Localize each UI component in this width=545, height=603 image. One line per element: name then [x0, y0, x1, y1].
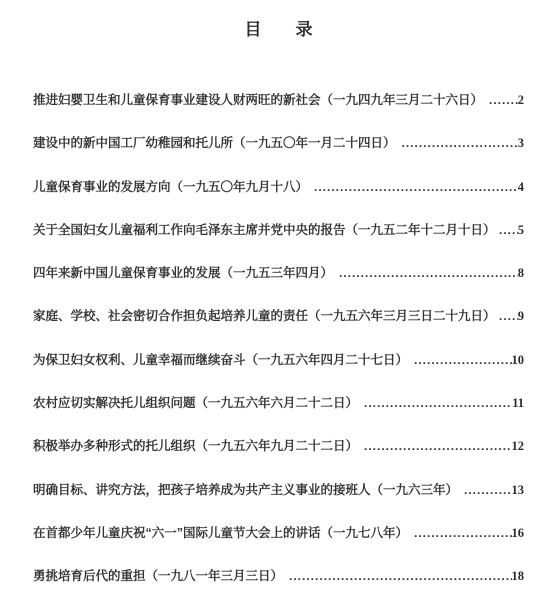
toc-entry-label: 建设中的新中国工厂幼稚园和托儿所（一九五〇年一月二十四日） [33, 133, 396, 151]
dot-leader: ........................................… [364, 396, 512, 410]
toc-document-page: 目 录 推进妇婴卫生和儿童保育事业建设人财两旺的新社会（一九四九年三月二十六日）… [0, 0, 545, 603]
toc-entry[interactable]: 家庭、学校、社会密切合作担负起培养儿童的责任（一九五六年三月三日二十九日） ..… [33, 306, 524, 326]
toc-entry[interactable]: 建设中的新中国工厂幼稚园和托儿所（一九五〇年一月二十四日） ..........… [33, 133, 524, 153]
toc-entry-page: 11 [512, 396, 524, 411]
toc-entry-label: 明确目标、讲究方法，把孩子培养成为共产主义事业的接班人（一九六三年） [33, 480, 458, 498]
dot-leader: ........................................… [499, 223, 518, 237]
toc-entry-page: 9 [518, 309, 524, 324]
toc-entry[interactable]: 积极举办多种形式的托儿组织（一九五六年九月二十二日） .............… [33, 436, 524, 456]
toc-entry-label: 勇挑培育后代的重担（一九八一年三月三日） [33, 566, 283, 584]
toc-entry[interactable]: 勇挑培育后代的重担（一九八一年三月三日） ...................… [33, 566, 524, 586]
toc-entry-page: 13 [512, 483, 525, 498]
toc-entry-page: 8 [518, 266, 524, 281]
dot-leader: ........................................… [414, 353, 511, 367]
toc-entry[interactable]: 为保卫妇女权利、儿童幸福而继续奋斗（一九五六年四月二十七日） .........… [33, 350, 524, 370]
toc-entry-label: 积极举办多种形式的托儿组织（一九五六年九月二十二日） [33, 436, 358, 454]
page-title: 目 录 [33, 20, 524, 40]
dot-leader: ........................................… [289, 569, 511, 583]
toc-entry-page: 4 [518, 180, 524, 195]
toc-entry-page: 10 [512, 353, 525, 368]
toc-entry-label: 关于全国妇女儿童福利工作向毛泽东主席并党中央的报告（一九五二年十二月十日） [33, 220, 493, 238]
toc-entry-label: 在首都少年儿童庆祝“六一”国际儿童节大会上的讲话（一九七八年） [33, 523, 408, 541]
toc-entry-page: 3 [518, 136, 524, 151]
toc-entry-label: 四年来新中国儿童保育事业的发展（一九五三年四月） [33, 263, 333, 281]
dot-leader: ........................................… [464, 483, 511, 497]
toc-entry[interactable]: 农村应切实解决托儿组织问题（一九五六年六月二十二日） .............… [33, 393, 524, 413]
toc-entry-label: 儿童保育事业的发展方向（一九五〇年九月十八） [33, 177, 308, 195]
toc-entry[interactable]: 关于全国妇女儿童福利工作向毛泽东主席并党中央的报告（一九五二年十二月十日） ..… [33, 220, 524, 240]
toc-entry-page: 5 [518, 223, 524, 238]
dot-leader: ........................................… [414, 526, 511, 540]
toc-entry-page: 18 [512, 569, 525, 584]
toc-entry-label: 家庭、学校、社会密切合作担负起培养儿童的责任（一九五六年三月三日二十九日） [33, 306, 493, 324]
toc-list: 推进妇婴卫生和儿童保育事业建设人财两旺的新社会（一九四九年三月二十六日） ...… [33, 90, 524, 586]
toc-entry-label: 农村应切实解决托儿组织问题（一九五六年六月二十二日） [33, 393, 358, 411]
toc-entry[interactable]: 四年来新中国儿童保育事业的发展（一九五三年四月） ...............… [33, 263, 524, 283]
dot-leader: ........................................… [339, 266, 518, 280]
dot-leader: ........................................… [489, 93, 518, 107]
dot-leader: ........................................… [364, 439, 511, 453]
toc-entry[interactable]: 在首都少年儿童庆祝“六一”国际儿童节大会上的讲话（一九七八年） ........… [33, 523, 524, 543]
toc-entry-page: 12 [512, 439, 525, 454]
toc-entry[interactable]: 推进妇婴卫生和儿童保育事业建设人财两旺的新社会（一九四九年三月二十六日） ...… [33, 90, 524, 110]
dot-leader: ........................................… [402, 136, 518, 150]
dot-leader: ........................................… [314, 180, 518, 194]
toc-entry-label: 推进妇婴卫生和儿童保育事业建设人财两旺的新社会（一九四九年三月二十六日） [33, 90, 483, 108]
toc-entry-label: 为保卫妇女权利、儿童幸福而继续奋斗（一九五六年四月二十七日） [33, 350, 408, 368]
toc-entry[interactable]: 儿童保育事业的发展方向（一九五〇年九月十八） .................… [33, 177, 524, 197]
toc-entry[interactable]: 明确目标、讲究方法，把孩子培养成为共产主义事业的接班人（一九六三年） .....… [33, 480, 524, 500]
toc-entry-page: 16 [512, 526, 525, 541]
toc-entry-page: 2 [518, 93, 524, 108]
dot-leader: ........................................… [499, 309, 518, 323]
